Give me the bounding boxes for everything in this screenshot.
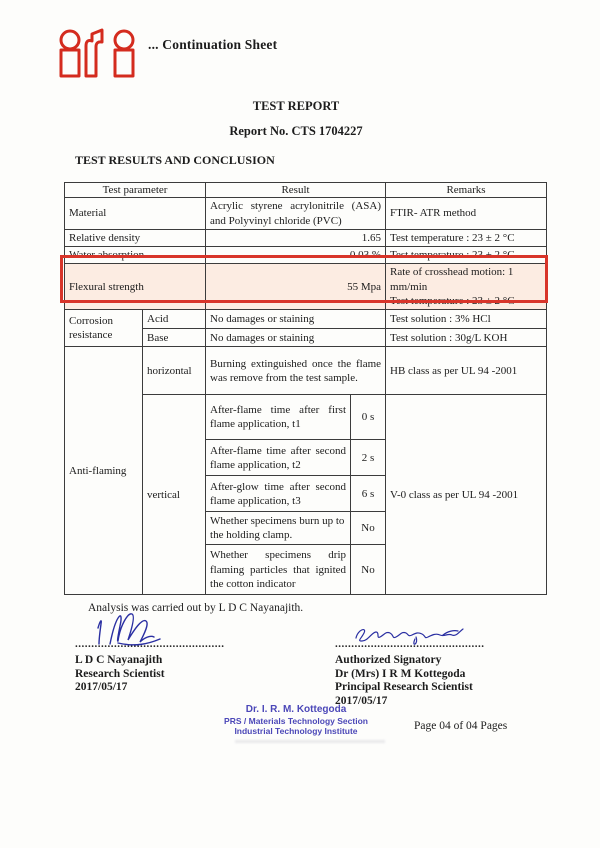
value-clamp: No xyxy=(351,512,386,545)
signature-left xyxy=(90,606,185,648)
result-flexural-strength: 55 Mpa xyxy=(206,264,386,310)
param-corrosion-resistance: Corrosion resistance xyxy=(65,310,143,347)
table-row-material: Material Acrylic styrene acrylonitrile (… xyxy=(65,198,547,230)
continuation-sheet-label: ... Continuation Sheet xyxy=(148,37,277,53)
remarks-antiflaming-vertical: V-0 class as per UL 94 -2001 xyxy=(386,395,547,595)
table-header-row: Test parameter Result Remarks xyxy=(65,183,547,198)
table-row-relative-density: Relative density 1.65 Test temperature :… xyxy=(65,229,547,246)
remarks-corrosion-acid: Test solution : 3% HCl xyxy=(386,310,547,329)
result-relative-density: 1.65 xyxy=(206,229,386,246)
col-header-remarks: Remarks xyxy=(386,183,547,198)
param-water-absorption: Water absorption xyxy=(65,247,206,264)
page-number: Page 04 of 04 Pages xyxy=(414,720,507,732)
report-number: Report No. CTS 1704227 xyxy=(0,124,592,139)
remarks-corrosion-base: Test solution : 30g/L KOH xyxy=(386,329,547,347)
continuation-sheet-page: ... Continuation Sheet TEST REPORT Repor… xyxy=(0,0,600,848)
result-water-absorption: 0.03 % xyxy=(206,247,386,264)
value-drip: No xyxy=(351,545,386,595)
table-row-water-absorption: Water absorption 0.03 % Test temperature… xyxy=(65,247,547,264)
param-anti-flaming: Anti-flaming xyxy=(65,347,143,595)
iti-logo xyxy=(56,26,142,82)
sublabel-horizontal: horizontal xyxy=(143,347,206,395)
remarks-flexural-line1: Rate of crosshead motion: 1 mm/min xyxy=(390,265,542,294)
param-relative-density: Relative density xyxy=(65,229,206,246)
table-row-corrosion-acid: Corrosion resistance Acid No damages or … xyxy=(65,310,547,329)
param-flexural-strength: Flexural strength xyxy=(65,264,206,310)
stamp-institute: Industrial Technology Institute xyxy=(196,726,396,737)
remarks-water-absorption: Test temperature : 23 ± 2 °C xyxy=(386,247,547,264)
col-header-test-parameter: Test parameter xyxy=(65,183,206,198)
col-header-result: Result xyxy=(206,183,386,198)
desc-drip-particles: Whether specimens drip flaming particles… xyxy=(206,545,351,595)
stamp-section: PRS / Materials Technology Section xyxy=(196,716,396,727)
value-t2: 2 s xyxy=(351,440,386,476)
sublabel-vertical: vertical xyxy=(143,395,206,595)
right-signatory-block: Authorized Signatory Dr (Mrs) I R M Kott… xyxy=(335,654,473,708)
right-signatory-label: Authorized Signatory xyxy=(335,654,473,668)
desc-after-glow-t3: After-glow time after second flame appli… xyxy=(206,476,351,512)
left-signatory-title: Research Scientist xyxy=(75,668,165,682)
remarks-material: FTIR- ATR method xyxy=(386,198,547,230)
left-signatory-name: L D C Nayanajith xyxy=(75,654,165,668)
desc-after-flame-t1: After-flame time after first flame appli… xyxy=(206,395,351,440)
right-signatory-title: Principal Research Scientist xyxy=(335,681,473,695)
value-t1: 0 s xyxy=(351,395,386,440)
result-material: Acrylic styrene acrylonitrile (ASA) and … xyxy=(206,198,386,230)
table-row-flexural-strength: Flexural strength 55 Mpa Rate of crosshe… xyxy=(65,264,547,310)
remarks-antiflaming-horizontal: HB class as per UL 94 -2001 xyxy=(386,347,547,395)
result-corrosion-acid: No damages or staining xyxy=(206,310,386,329)
sublabel-base: Base xyxy=(143,329,206,347)
left-signatory-block: L D C Nayanajith Research Scientist 2017… xyxy=(75,654,165,695)
signature-right xyxy=(348,622,468,650)
desc-after-flame-t2: After-flame time after second flame appl… xyxy=(206,440,351,476)
section-title: TEST RESULTS AND CONCLUSION xyxy=(75,153,275,168)
report-title: TEST REPORT xyxy=(0,99,592,114)
left-signatory-date: 2017/05/17 xyxy=(75,681,165,695)
right-signatory-name: Dr (Mrs) I R M Kottegoda xyxy=(335,668,473,682)
remarks-relative-density: Test temperature : 23 ± 2 °C xyxy=(386,229,547,246)
stamp-name: Dr. I. R. M. Kottegoda xyxy=(196,705,396,716)
remarks-flexural-strength: Rate of crosshead motion: 1 mm/min Test … xyxy=(386,264,547,310)
results-table: Test parameter Result Remarks Material A… xyxy=(64,182,547,595)
desc-burn-to-clamp: Whether specimens burn up to the holding… xyxy=(206,512,351,545)
results-table-wrapper: Test parameter Result Remarks Material A… xyxy=(64,182,547,595)
official-stamp: Dr. I. R. M. Kottegoda PRS / Materials T… xyxy=(196,705,396,737)
table-row-antiflaming-horizontal: Anti-flaming horizontal Burning extingui… xyxy=(65,347,547,395)
param-material: Material xyxy=(65,198,206,230)
remarks-flexural-line2: Test temperature : 23 ± 2 °C xyxy=(390,294,542,308)
scan-artifact xyxy=(235,740,385,743)
result-corrosion-base: No damages or staining xyxy=(206,329,386,347)
result-antiflaming-horizontal: Burning extinguished once the flame was … xyxy=(206,347,386,395)
value-t3: 6 s xyxy=(351,476,386,512)
sublabel-acid: Acid xyxy=(143,310,206,329)
